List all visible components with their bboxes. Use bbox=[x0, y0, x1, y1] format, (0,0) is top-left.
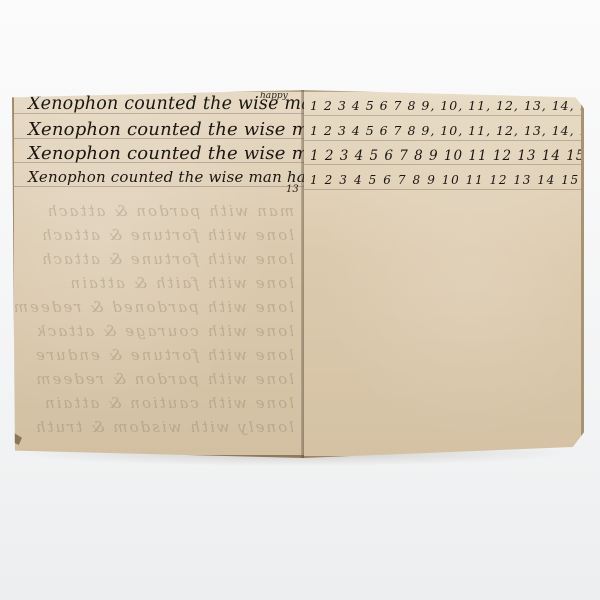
handwritten-numbers: 1 2 3 4 5 6 7 8 9 10 11 12 13 14 15 16 1… bbox=[310, 173, 584, 187]
handwritten-line: Xenophon counted the wise man bbox=[28, 143, 304, 164]
bleed-through-text: lone with faith & attain bbox=[36, 274, 294, 292]
bleed-through-text: lone with fortune & attach bbox=[36, 226, 294, 244]
bleed-through-text: lone with pardoned & redeem bbox=[36, 298, 294, 316]
ruled-line bbox=[14, 186, 304, 187]
bleed-through-text: man with pardon & attach bbox=[36, 202, 294, 220]
handwritten-numbers: 1 2 3 4 5 6 7 8 9, 10, 11, 12, 13, 14, 1… bbox=[310, 123, 584, 138]
left-page: man with pardon & attach lone with fortu… bbox=[12, 90, 304, 458]
bleed-through-text: lone with courage & attack bbox=[36, 322, 294, 340]
ruled-line bbox=[304, 164, 581, 165]
handwritten-line: Xenophon counted the wise man happy bbox=[28, 168, 304, 186]
open-copybook: man with pardon & attach lone with fortu… bbox=[12, 90, 584, 458]
bleed-through-text: lone with fortune & attach bbox=[36, 250, 294, 268]
ruled-line bbox=[304, 140, 581, 141]
annotation-happy: happy bbox=[260, 91, 288, 101]
right-page: 1 2 3 4 5 6 7 8 9, 10, 11, 12, 13, 14, 1… bbox=[304, 90, 584, 458]
bleed-through-text: lone with caution & attain bbox=[36, 394, 294, 412]
bleed-through-text: lone with pardon & redeem bbox=[36, 370, 294, 388]
bleed-through-text: lonely with wisdom & truth bbox=[36, 418, 294, 436]
handwritten-line: Xenophon counted the wise man bbox=[28, 119, 304, 140]
handwritten-numbers: 1 2 3 4 5 6 7 8 9 10 11 12 13 14 15 16 1… bbox=[310, 148, 584, 164]
handwritten-numbers: 1 2 3 4 5 6 7 8 9, 10, 11, 12, 13, 14, 1… bbox=[310, 98, 584, 113]
torn-corner bbox=[14, 433, 22, 445]
annotation-number: 13 bbox=[286, 184, 299, 195]
ruled-line bbox=[304, 189, 581, 190]
ruled-line bbox=[304, 115, 581, 116]
bleed-through-text: lone with fortune & endure bbox=[36, 346, 294, 364]
